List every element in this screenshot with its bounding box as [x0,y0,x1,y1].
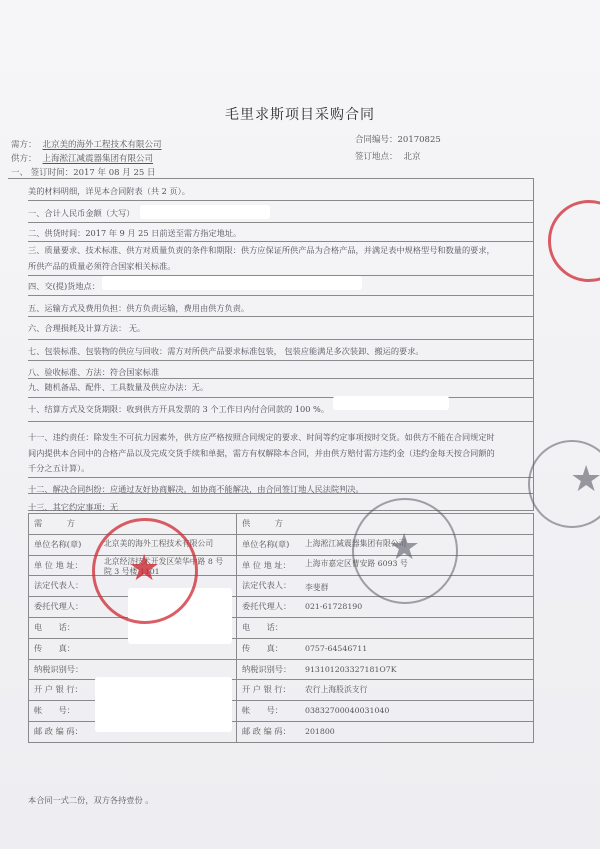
supplier-field-label: 法定代表人： [242,580,291,591]
clause-14: 千分之五计算）。 [28,463,89,474]
clause-2: 二、供货时间：2017 年 9 月 25 日前送至需方指定地址。 [28,228,241,239]
supplier-field-value: 021-61728190 [305,602,362,611]
clause-9: 八、验收标准、方法：符合国家标准 [28,367,159,378]
buyer-field-label: 法定代表人： [34,580,83,591]
clause-11: 十、结算方式及交货期限：收到供方开具发票的 3 个工作日内付合同款的 100 %… [28,404,329,415]
supplier-field-label: 邮 政 编 码： [242,726,291,737]
clause-6: 五、运输方式及费用负担：供方负责运输，费用由供方负责。 [28,303,249,314]
buyer-field-label: 单位名称(章) [34,539,81,550]
contract-number-value: 20170825 [398,135,441,145]
buyer-field-value: 院 3 号楼 1101 [104,566,160,577]
buyer-field-label: 传 真： [34,643,75,654]
supplier-seal-edge: ★ [528,440,600,528]
buyer-field-label: 单 位 地 址： [34,560,83,571]
buyer-label: 需方： [11,140,37,150]
sign-place-label: 签订地点： [355,152,398,162]
clause-13: 间内提供本合同中的合格产品以及完成交货手续和单据，需方有权解除本合同，并由供方赔… [28,448,495,459]
clause-1: 一、合计人民币金额（大写） [28,208,134,219]
buyer-field-label: 开 户 银 行： [34,684,83,695]
supplier-field-label: 单 位 地 址： [242,560,291,571]
buyer-company-seal-edge [548,200,600,282]
supplier-field-label: 委托代理人： [242,601,291,612]
clause-3: 三、质量要求、技术标准、供方对质量负责的条件和期限：供方应保证所供产品为合格产品… [28,245,495,256]
clause-5: 四、交(提)货地点： [28,281,100,292]
redacted-settlement [333,396,449,410]
supplier-field-value: 03832700040031040 [305,706,389,715]
clause-0: 美的材料明细，详见本合同附表（共 2 页）。 [28,186,190,197]
sign-date: 一、 签订时间：2017 年 08 月 25 日 [11,166,155,178]
supplier-field-value: 上海市嘉定区曹安路 6093 号 [305,558,408,569]
supplier-field-label: 开 户 银 行： [242,684,291,695]
supplier-field-label: 电 话： [242,622,283,633]
buyer-field-label: 电 话： [34,622,75,633]
footer-note: 本合同一式二份，双方各持壹份 。 [28,795,153,806]
supplier-line: 供方：上海淞江减震器集团有限公司 [11,152,159,164]
contract-number-label: 合同编号： [355,135,398,145]
buyer-field-value: 北京美的海外工程技术有限公司 [104,538,213,549]
clause-4: 所供产品的质量必须符合国家相关标准。 [28,261,175,272]
supplier-name: 上海淞江减震器集团有限公司 [37,154,160,164]
redacted-buyer-contact [128,588,232,644]
supplier-field-label: 帐 号： [242,705,283,716]
clause-10: 九、随机备品、配件、工具数量及供应办法：无。 [28,382,208,393]
buyer-line: 需方：北京美的海外工程技术有限公司 [11,138,168,150]
contract-number: 合同编号：20170825 [355,133,441,145]
clause-15: 十二、解决合同纠纷：应通过友好协商解决，如协商不能解决，由合同签订地人民法院判决… [28,484,364,495]
sign-place-value: 北京 [404,152,421,162]
redacted-amount [140,205,270,219]
supplier-heading: 供 方 [242,518,283,529]
redacted-delivery-address [102,276,362,290]
clause-16: 十三、其它约定事项：无 [28,502,118,513]
clause-8: 七、包装标准、包装物的供应与回收：需方对所供产品要求标准包装， 包装应能满足多次… [28,346,424,357]
star-icon: ★ [570,462,600,498]
supplier-field-label: 单位名称(章) [242,539,289,550]
supplier-field-value: 201800 [305,727,335,736]
buyer-field-label: 帐 号： [34,705,75,716]
supplier-label: 供方： [11,154,37,164]
contract-page: 毛里求斯项目采购合同 需方：北京美的海外工程技术有限公司 供方：上海淞江减震器集… [0,0,600,849]
supplier-field-value: 上海淞江减震器集团有限公司 [305,538,406,549]
redacted-buyer-bank [95,677,232,732]
clause-12: 十一、违约责任：除发生不可抗力因素外，供方应严格按照合同规定的要求、时间等约定事… [28,432,495,443]
clause-7: 六、合理损耗及计算方法： 无。 [28,323,145,334]
supplier-field-label: 纳税识别号： [242,664,291,675]
supplier-field-value: 913101203327181O7K [305,665,397,674]
buyer-heading: 需 方 [34,518,75,529]
buyer-name: 北京美的海外工程技术有限公司 [37,140,168,150]
document-title: 毛里求斯项目采购合同 [0,104,600,124]
supplier-field-label: 传 真： [242,643,283,654]
supplier-field-value: 李斐群 [305,582,328,593]
supplier-field-value: 0757-64546711 [305,644,367,653]
supplier-field-value: 农行上海股浜支行 [305,684,367,695]
buyer-field-label: 纳税识别号： [34,664,83,675]
sign-place: 签订地点：北京 [355,150,421,162]
buyer-field-label: 委托代理人： [34,601,83,612]
buyer-field-label: 邮 政 编 码： [34,726,83,737]
